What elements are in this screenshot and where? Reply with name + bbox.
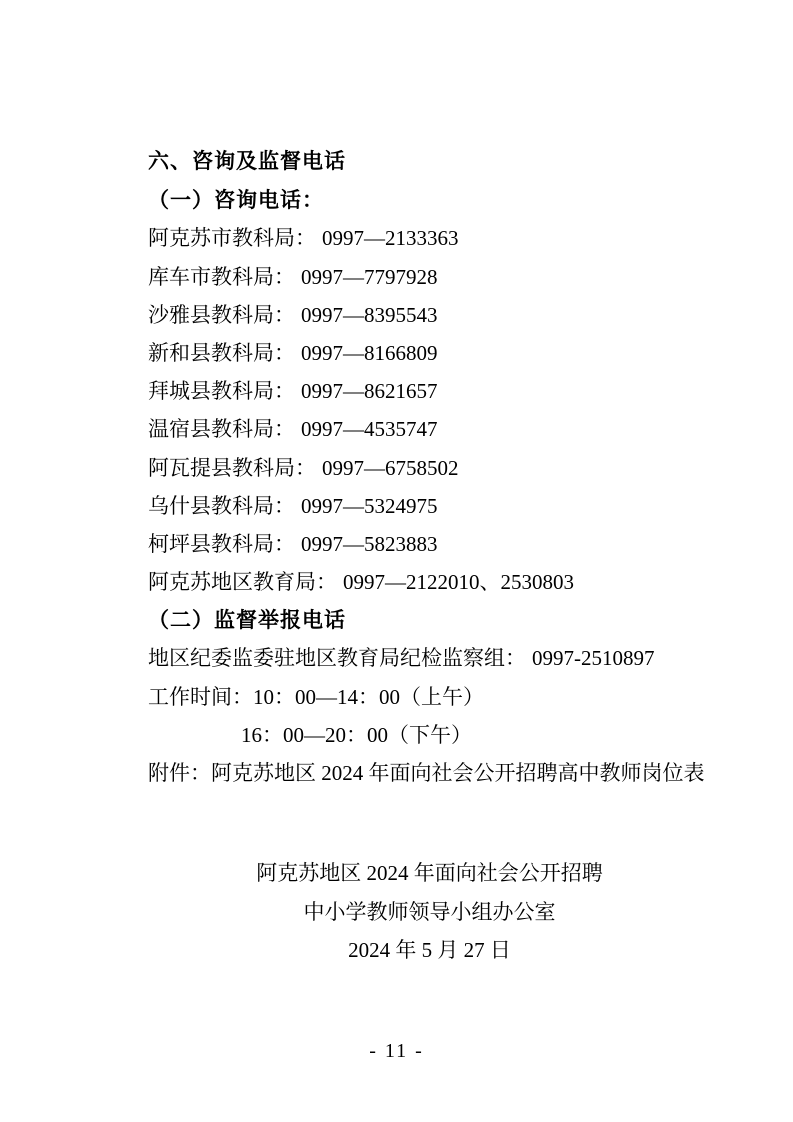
bureau-label: 阿克苏市教科局：: [148, 226, 316, 250]
attachment-line: 附件：阿克苏地区 2024 年面向社会公开招聘高中教师岗位表: [148, 754, 708, 792]
hotline-number: 0997-2510897: [532, 646, 655, 670]
signature-org-line2: 中小学教师领导小组办公室: [66, 893, 793, 932]
work-time-afternoon-value: 16：00—20：00（下午）: [241, 723, 472, 747]
phone-entry: 新和县教科局：0997—8166809: [148, 334, 708, 372]
phone-entry: 沙雅县教科局：0997—8395543: [148, 296, 708, 334]
phone-number: 0997—2133363: [322, 226, 459, 250]
phone-entry: 温宿县教科局：0997—4535747: [148, 410, 708, 448]
phone-entry: 拜城县教科局：0997—8621657: [148, 372, 708, 410]
bureau-label: 库车市教科局：: [148, 265, 295, 289]
phone-number: 0997—7797928: [301, 265, 438, 289]
bureau-label: 阿克苏地区教育局：: [148, 570, 337, 594]
bureau-label: 拜城县教科局：: [148, 379, 295, 403]
phone-number: 0997—8395543: [301, 303, 438, 327]
hotline-label: 地区纪委监委驻地区教育局纪检监察组：: [148, 646, 526, 670]
work-time-morning-value: 10：00—14：00（上午）: [253, 685, 484, 709]
phone-number: 0997—5324975: [301, 494, 438, 518]
signature-org-line1: 阿克苏地区 2024 年面向社会公开招聘: [66, 854, 793, 893]
signature-block: 阿克苏地区 2024 年面向社会公开招聘 中小学教师领导小组办公室 2024 年…: [0, 854, 793, 970]
supervise-hotline: 地区纪委监委驻地区教育局纪检监察组：0997-2510897: [148, 639, 708, 677]
phone-number: 0997—2122010、2530803: [343, 570, 574, 594]
phone-entry: 乌什县教科局：0997—5324975: [148, 487, 708, 525]
bureau-label: 乌什县教科局：: [148, 494, 295, 518]
work-time-afternoon: 16：00—20：00（下午）: [148, 716, 708, 754]
bureau-label: 温宿县教科局：: [148, 417, 295, 441]
phone-number: 0997—8166809: [301, 341, 438, 365]
document-page: 六、咨询及监督电话 （一）咨询电话： 阿克苏市教科局：0997—2133363 …: [0, 0, 793, 1122]
phone-entry: 阿瓦提县教科局：0997—6758502: [148, 449, 708, 487]
section-heading: 六、咨询及监督电话: [148, 143, 708, 181]
work-time-morning: 工作时间：10：00—14：00（上午）: [148, 678, 708, 716]
work-time-label: 工作时间：: [148, 685, 253, 709]
consult-subheading: （一）咨询电话：: [148, 181, 708, 219]
signature-date: 2024 年 5 月 27 日: [66, 931, 793, 970]
supervise-subheading: （二）监督举报电话: [148, 601, 708, 639]
phone-number: 0997—4535747: [301, 417, 438, 441]
phone-entry: 阿克苏地区教育局：0997—2122010、2530803: [148, 563, 708, 601]
bureau-label: 沙雅县教科局：: [148, 303, 295, 327]
bureau-label: 新和县教科局：: [148, 341, 295, 365]
phone-number: 0997—6758502: [322, 456, 459, 480]
phone-entry: 库车市教科局：0997—7797928: [148, 258, 708, 296]
phone-number: 0997—5823883: [301, 532, 438, 556]
document-body: 六、咨询及监督电话 （一）咨询电话： 阿克苏市教科局：0997—2133363 …: [148, 143, 708, 792]
phone-entry: 阿克苏市教科局：0997—2133363: [148, 219, 708, 257]
bureau-label: 阿瓦提县教科局：: [148, 456, 316, 480]
phone-number: 0997—8621657: [301, 379, 438, 403]
page-number: - 11 -: [0, 1040, 793, 1063]
bureau-label: 柯坪县教科局：: [148, 532, 295, 556]
phone-entry: 柯坪县教科局：0997—5823883: [148, 525, 708, 563]
